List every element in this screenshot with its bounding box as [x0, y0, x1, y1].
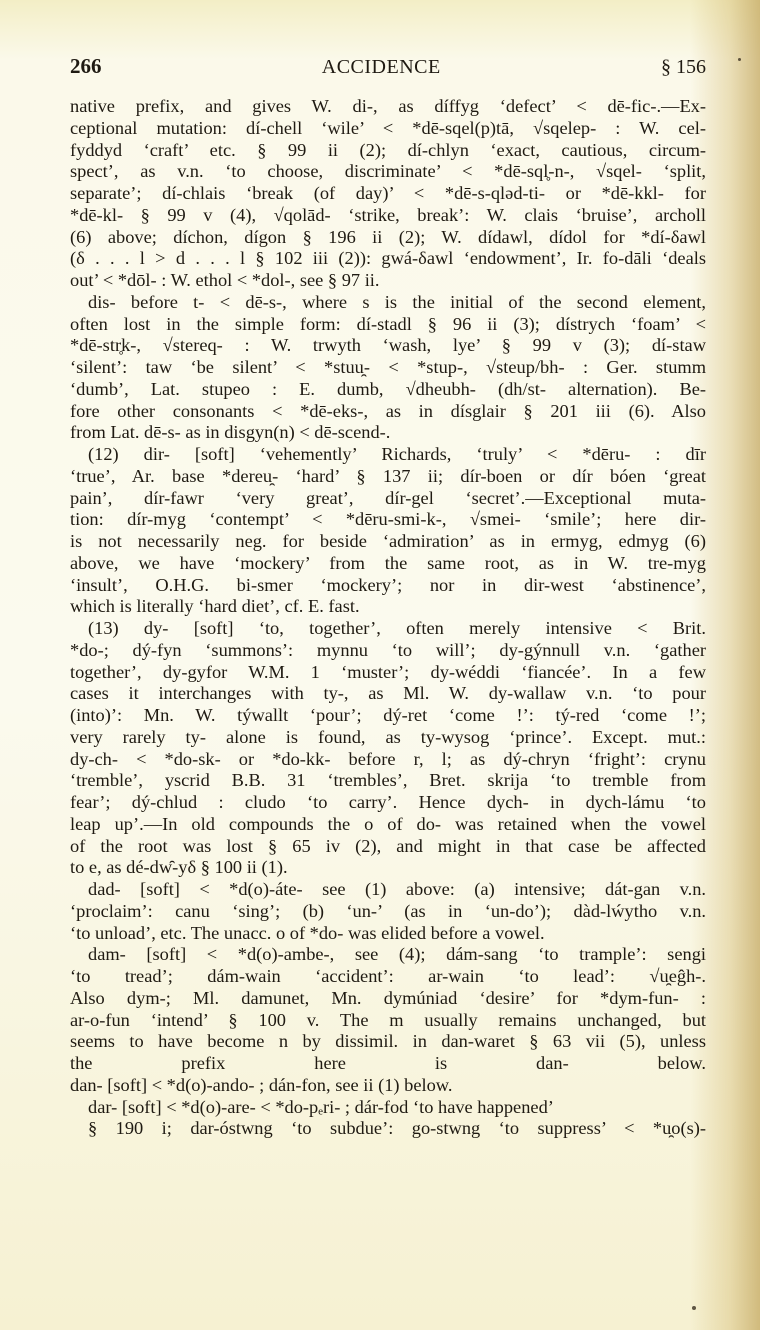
text-line: ceptional mutation: dí-chell ‘wile’ < *d…: [70, 118, 706, 140]
text-line: dis- before t- < dē-s-, where s is the i…: [70, 292, 706, 314]
text-line: fyddyd ‘craft’ etc. § 99 ii (2); dí-chly…: [70, 140, 706, 162]
text-line: cases it interchanges with ty-, as Ml. W…: [70, 683, 706, 705]
text-line: ‘dumb’, Lat. stupeo : E. dumb, √dheubh- …: [70, 379, 706, 401]
text-line: dan- [soft] < *d(o)-ando- ; dán-fon, see…: [70, 1075, 706, 1097]
text-line: § 190 i; dar-óstwng ‘to subdue’: go-stwn…: [70, 1118, 706, 1140]
text-line: ‘tremble’, yscrid B.B. 31 ‘trembles’, Br…: [70, 770, 706, 792]
text-line: dy-ch- < *do-sk- or *do-kk- before r, l;…: [70, 749, 706, 771]
page-number: 266: [70, 54, 102, 79]
text-line: of the root was lost § 65 iv (2), and mi…: [70, 836, 706, 858]
paper-speck: [692, 1306, 696, 1310]
text-line: separate’; dí-chlais ‘break (of day)’ < …: [70, 183, 706, 205]
section-number: § 156: [661, 56, 706, 79]
text-line: is not necessarily neg. for beside ‘admi…: [70, 531, 706, 553]
text-line: from Lat. dē-s- as in disgyn(n) < dē-sce…: [70, 422, 706, 444]
text-line: (into)’: Mn. W. týwallt ‘pour’; dý-ret ‘…: [70, 705, 706, 727]
running-title: ACCIDENCE: [322, 56, 441, 79]
text-line: very rarely ty- alone is found, as ty-wy…: [70, 727, 706, 749]
text-line: dad- [soft] < *d(o)-áte- see (1) above: …: [70, 879, 706, 901]
text-line: out’ < *dōl- : W. ethol < *dol-, see § 9…: [70, 270, 706, 292]
body-text: native prefix, and gives W. di-, as díff…: [70, 96, 706, 1140]
text-line: (13) dy- [soft] ‘to, together’, often me…: [70, 618, 706, 640]
text-line: native prefix, and gives W. di-, as díff…: [70, 96, 706, 118]
text-line: (6) above; díchon, dígon § 196 ii (2); W…: [70, 227, 706, 249]
text-line: which is literally ‘hard diet’, cf. E. f…: [70, 596, 706, 618]
text-line: Also dym-; Ml. damunet, Mn. dymúniad ‘de…: [70, 988, 706, 1010]
text-line: ‘proclaim’: canu ‘sing’; (b) ‘un-’ (as i…: [70, 901, 706, 923]
text-line: dar- [soft] < *d(o)-are- < *do-pₑri- ; d…: [70, 1097, 706, 1119]
text-line: ar-o-fun ‘intend’ § 100 v. The m usually…: [70, 1010, 706, 1032]
text-line: to e, as dé-dw̑-yδ § 100 ii (1).: [70, 857, 706, 879]
paper-speck: [738, 58, 741, 61]
text-line: dam- [soft] < *d(o)-ambe-, see (4); dám-…: [70, 944, 706, 966]
text-line: *dē-kl- § 99 v (4), √qolād- ‘strike, bre…: [70, 205, 706, 227]
text-line: leap up’.—In old compounds the o of do- …: [70, 814, 706, 836]
text-line: *do-; dý-fyn ‘summons’: mynnu ‘to will’;…: [70, 640, 706, 662]
text-line: (δ . . . l > d . . . l § 102 iii (2)): g…: [70, 248, 706, 270]
text-line: (12) dir- [soft] ‘vehemently’ Richards, …: [70, 444, 706, 466]
text-line: pain’, dír-fawr ‘very great’, dír-gel ‘s…: [70, 488, 706, 510]
text-line: tion: dír-myg ‘contempt’ < *dēru-smi-k-,…: [70, 509, 706, 531]
text-line: ‘true’, Ar. base *dereu̯- ‘hard’ § 137 i…: [70, 466, 706, 488]
book-page: 266 ACCIDENCE § 156 native prefix, and g…: [0, 0, 760, 1330]
text-line: seems to have become n by dissimil. in d…: [70, 1031, 706, 1053]
running-header: 266 ACCIDENCE § 156: [70, 54, 706, 84]
text-line: the prefix here is dan- below.: [70, 1053, 706, 1075]
text-line: ‘to tread’; dám-wain ‘accident’: ar-wain…: [70, 966, 706, 988]
text-line: fear’; dý-chlud : cludo ‘to carry’. Henc…: [70, 792, 706, 814]
text-line: ‘silent’: taw ‘be silent’ < *stuu̯- < *s…: [70, 357, 706, 379]
text-line: spect’, as v.n. ‘to choose, discriminate…: [70, 161, 706, 183]
text-line: above, we have ‘mockery’ from the same r…: [70, 553, 706, 575]
text-line: *dē-str̥k-, √stereq- : W. trwyth ‘wash, …: [70, 335, 706, 357]
text-line: fore other consonants < *dē-eks-, as in …: [70, 401, 706, 423]
text-line: together’, dy-gyfor W.M. 1 ‘muster’; dy-…: [70, 662, 706, 684]
text-line: ‘to unload’, etc. The unacc. o of *do- w…: [70, 923, 706, 945]
text-line: often lost in the simple form: dí-stadl …: [70, 314, 706, 336]
text-line: ‘insult’, O.H.G. bi-smer ‘mockery’; nor …: [70, 575, 706, 597]
